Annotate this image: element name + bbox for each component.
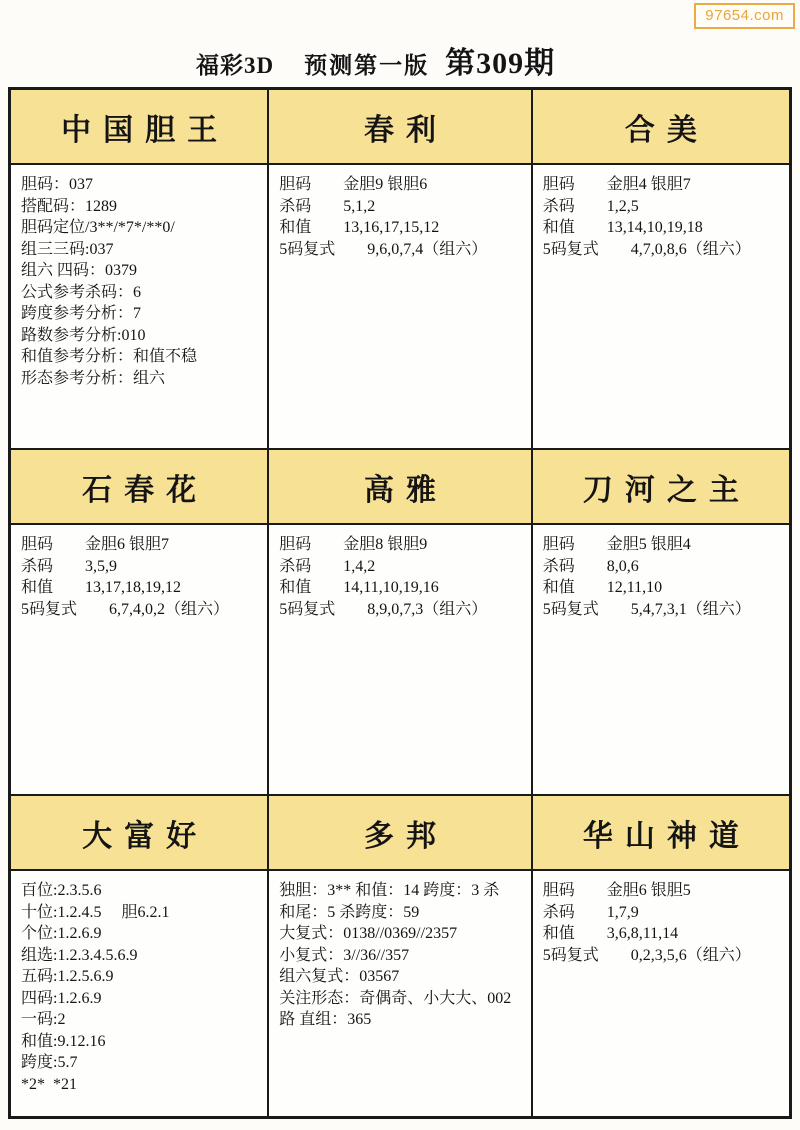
prediction-line: 杀码 1,4,2 (279, 556, 526, 578)
cell-content: 独胆：3** 和值：14 跨度：3 杀和尾：5 杀跨度：59大复式：0138//… (269, 871, 530, 1116)
cell-content: 胆码：037搭配码：1289胆码定位/3**/*7*/**0/组三三码:037组… (11, 165, 267, 448)
prediction-line: 组选:1.2.3.4.5.6.9 (21, 945, 263, 967)
prediction-cell-8: 多邦 独胆：3** 和值：14 跨度：3 杀和尾：5 杀跨度：59大复式：013… (269, 796, 530, 1116)
prediction-line: 胆码 金胆8 银胆9 (279, 534, 526, 556)
prediction-line: 杀码 3,5,9 (21, 556, 263, 578)
prediction-line: 和值:9.12.16 (21, 1031, 263, 1053)
prediction-line: 搭配码：1289 (21, 196, 263, 218)
prediction-sheet: 97654.com 福彩3D 预测第一版 第309期 中国胆王 胆码：037搭配… (0, 0, 800, 1130)
masthead-brand: 福彩3D (196, 47, 274, 80)
cell-content: 胆码 金胆5 银胆4杀码 8,0,6和值 12,11,105码复式 5,4,7,… (533, 525, 789, 794)
prediction-cell-7: 大富好 百位:2.3.5.6十位:1.2.4.5 胆6.2.1个位:1.2.6.… (11, 796, 267, 1116)
prediction-line: 5码复式 9,6,0,7,4（组六） (279, 239, 526, 261)
prediction-line: 5码复式 0,2,3,5,6（组六） (543, 945, 785, 967)
prediction-line: 形态参考分析：组六 (21, 368, 263, 390)
prediction-line: 和值 12,11,10 (543, 577, 785, 599)
prediction-line: 公式参考杀码：6 (21, 282, 263, 304)
prediction-line: 五码:1.2.5.6.9 (21, 966, 263, 988)
prediction-line: 5码复式 4,7,0,8,6（组六） (543, 239, 785, 261)
prediction-line: 胆码 金胆9 银胆6 (279, 174, 526, 196)
prediction-line: 跨度参考分析：7 (21, 303, 263, 325)
watermark-badge: 97654.com (694, 3, 795, 29)
prediction-line: 和尾：5 杀跨度：59 (279, 902, 526, 924)
prediction-cell-6: 刀河之主 胆码 金胆5 银胆4杀码 8,0,6和值 12,11,105码复式 5… (533, 450, 789, 794)
masthead-edition: 预测第一版 (304, 47, 429, 80)
prediction-cell-4: 石春花 胆码 金胆6 银胆7杀码 3,5,9和值 13,17,18,19,125… (11, 450, 267, 794)
prediction-line: 胆码定位/3**/*7*/**0/ (21, 217, 263, 239)
prediction-line: 胆码 金胆6 银胆5 (543, 880, 785, 902)
prediction-cell-2: 春利 胆码 金胆9 银胆6杀码 5,1,2和值 13,16,17,15,125码… (269, 90, 530, 448)
prediction-line: 一码:2 (21, 1009, 263, 1031)
prediction-line: 和值 3,6,8,11,14 (543, 923, 785, 945)
prediction-line: 杀码 1,2,5 (543, 196, 785, 218)
prediction-line: 四码:1.2.6.9 (21, 988, 263, 1010)
prediction-line: 独胆：3** 和值：14 跨度：3 杀 (279, 880, 526, 902)
prediction-line: 杀码 1,7,9 (543, 902, 785, 924)
prediction-cell-1: 中国胆王 胆码：037搭配码：1289胆码定位/3**/*7*/**0/组三三码… (11, 90, 267, 448)
cell-content: 胆码 金胆4 银胆7杀码 1,2,5和值 13,14,10,19,185码复式 … (533, 165, 789, 448)
prediction-grid: 中国胆王 胆码：037搭配码：1289胆码定位/3**/*7*/**0/组三三码… (8, 87, 792, 1119)
prediction-line: 十位:1.2.4.5 胆6.2.1 (21, 902, 263, 924)
prediction-line: 大复式：0138//0369//2357 (279, 923, 526, 945)
prediction-line: 杀码 5,1,2 (279, 196, 526, 218)
prediction-line: 路数参考分析:010 (21, 325, 263, 347)
masthead: 福彩3D 预测第一版 第309期 (192, 38, 563, 94)
prediction-line: 和值 14,11,10,19,16 (279, 577, 526, 599)
prediction-line: 个位:1.2.6.9 (21, 923, 263, 945)
cell-title: 高雅 (269, 450, 530, 525)
cell-content: 胆码 金胆8 银胆9杀码 1,4,2和值 14,11,10,19,165码复式 … (269, 525, 530, 794)
cell-title: 华山神道 (533, 796, 789, 871)
cell-title: 多邦 (269, 796, 530, 871)
prediction-line: 杀码 8,0,6 (543, 556, 785, 578)
cell-title: 中国胆王 (11, 90, 267, 165)
prediction-line: 胆码：037 (21, 174, 263, 196)
prediction-cell-9: 华山神道 胆码 金胆6 银胆5杀码 1,7,9和值 3,6,8,11,145码复… (533, 796, 789, 1116)
prediction-line: 5码复式 8,9,0,7,3（组六） (279, 599, 526, 621)
prediction-line: 和值 13,17,18,19,12 (21, 577, 263, 599)
prediction-line: 和值 13,16,17,15,12 (279, 217, 526, 239)
prediction-line: 组三三码:037 (21, 239, 263, 261)
cell-title: 大富好 (11, 796, 267, 871)
prediction-line: 和值 13,14,10,19,18 (543, 217, 785, 239)
prediction-line: 5码复式 5,4,7,3,1（组六） (543, 599, 785, 621)
prediction-line: 百位:2.3.5.6 (21, 880, 263, 902)
cell-content: 百位:2.3.5.6十位:1.2.4.5 胆6.2.1个位:1.2.6.9组选:… (11, 871, 267, 1116)
prediction-cell-3: 合美 胆码 金胆4 银胆7杀码 1,2,5和值 13,14,10,19,185码… (533, 90, 789, 448)
prediction-line: 跨度:5.7 (21, 1052, 263, 1074)
cell-title: 刀河之主 (533, 450, 789, 525)
prediction-line: 5码复式 6,7,4,0,2（组六） (21, 599, 263, 621)
prediction-cell-5: 高雅 胆码 金胆8 银胆9杀码 1,4,2和值 14,11,10,19,165码… (269, 450, 530, 794)
prediction-line: 胆码 金胆4 银胆7 (543, 174, 785, 196)
masthead-issue: 第309期 (445, 38, 555, 82)
prediction-line: 组六复式：03567 (279, 966, 526, 988)
prediction-line: *2* *21 (21, 1074, 263, 1096)
prediction-line: 和值参考分析：和值不稳 (21, 346, 263, 368)
cell-title: 春利 (269, 90, 530, 165)
prediction-line: 关注形态：奇偶奇、小大大、002 (279, 988, 526, 1010)
cell-title: 合美 (533, 90, 789, 165)
cell-content: 胆码 金胆6 银胆7杀码 3,5,9和值 13,17,18,19,125码复式 … (11, 525, 267, 794)
prediction-line: 胆码 金胆6 银胆7 (21, 534, 263, 556)
prediction-line: 组六 四码：0379 (21, 260, 263, 282)
prediction-line: 小复式：3//36//357 (279, 945, 526, 967)
prediction-line: 胆码 金胆5 银胆4 (543, 534, 785, 556)
cell-title: 石春花 (11, 450, 267, 525)
cell-content: 胆码 金胆6 银胆5杀码 1,7,9和值 3,6,8,11,145码复式 0,2… (533, 871, 789, 1116)
cell-content: 胆码 金胆9 银胆6杀码 5,1,2和值 13,16,17,15,125码复式 … (269, 165, 530, 448)
prediction-line: 路 直组：365 (279, 1009, 526, 1031)
